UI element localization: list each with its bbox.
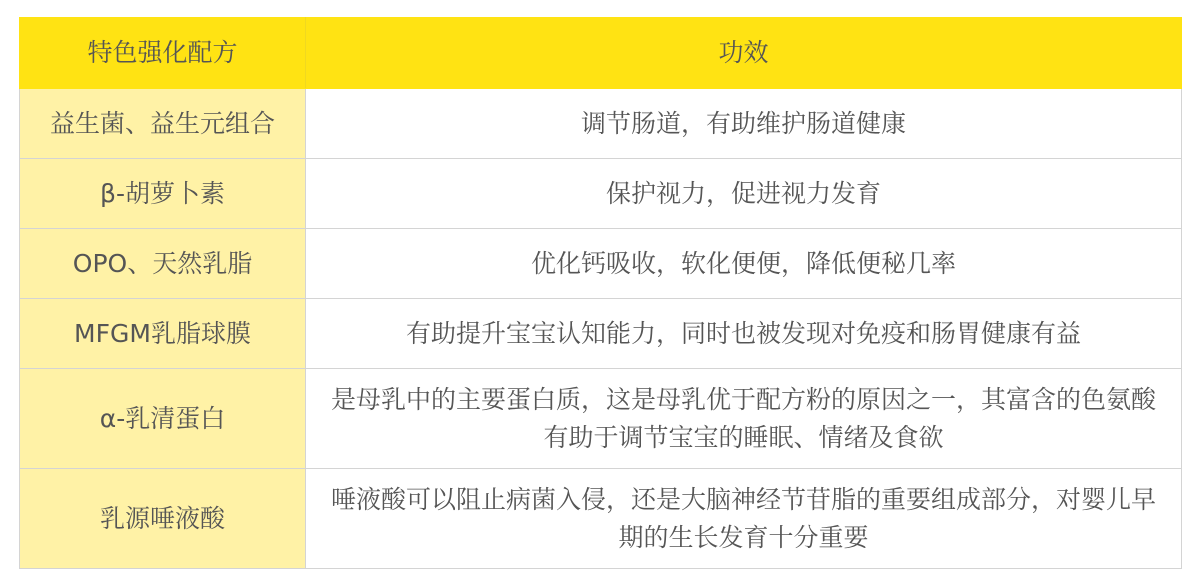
table-row: 益生菌、益生元组合 调节肠道，有助维护肠道健康: [20, 89, 1182, 159]
formula-name: 益生菌、益生元组合: [20, 89, 306, 159]
formula-name: MFGM乳脂球膜: [20, 299, 306, 369]
table-row: MFGM乳脂球膜 有助提升宝宝认知能力，同时也被发现对免疫和肠胃健康有益: [20, 299, 1182, 369]
formula-effect: 调节肠道，有助维护肠道健康: [306, 89, 1182, 159]
formula-effect: 优化钙吸收，软化便便，降低便秘几率: [306, 229, 1182, 299]
formula-effect: 保护视力，促进视力发育: [306, 159, 1182, 229]
formula-effect: 是母乳中的主要蛋白质，这是母乳优于配方粉的原因之一，其富含的色氨酸有助于调节宝宝…: [306, 369, 1182, 469]
formula-effects-table: 特色强化配方 功效 益生菌、益生元组合 调节肠道，有助维护肠道健康 β-胡萝卜素…: [19, 17, 1182, 569]
table-row: β-胡萝卜素 保护视力，促进视力发育: [20, 159, 1182, 229]
table-row: OPO、天然乳脂 优化钙吸收，软化便便，降低便秘几率: [20, 229, 1182, 299]
table-header-row: 特色强化配方 功效: [20, 18, 1182, 89]
table-row: 乳源唾液酸 唾液酸可以阻止病菌入侵，还是大脑神经节苷脂的重要组成部分，对婴儿早期…: [20, 469, 1182, 569]
formula-effect: 唾液酸可以阻止病菌入侵，还是大脑神经节苷脂的重要组成部分，对婴儿早期的生长发育十…: [306, 469, 1182, 569]
formula-name: α-乳清蛋白: [20, 369, 306, 469]
table-row: α-乳清蛋白 是母乳中的主要蛋白质，这是母乳优于配方粉的原因之一，其富含的色氨酸…: [20, 369, 1182, 469]
formula-name: 乳源唾液酸: [20, 469, 306, 569]
header-effect: 功效: [306, 18, 1182, 89]
formula-name: OPO、天然乳脂: [20, 229, 306, 299]
header-formula: 特色强化配方: [20, 18, 306, 89]
formula-effect: 有助提升宝宝认知能力，同时也被发现对免疫和肠胃健康有益: [306, 299, 1182, 369]
formula-name: β-胡萝卜素: [20, 159, 306, 229]
